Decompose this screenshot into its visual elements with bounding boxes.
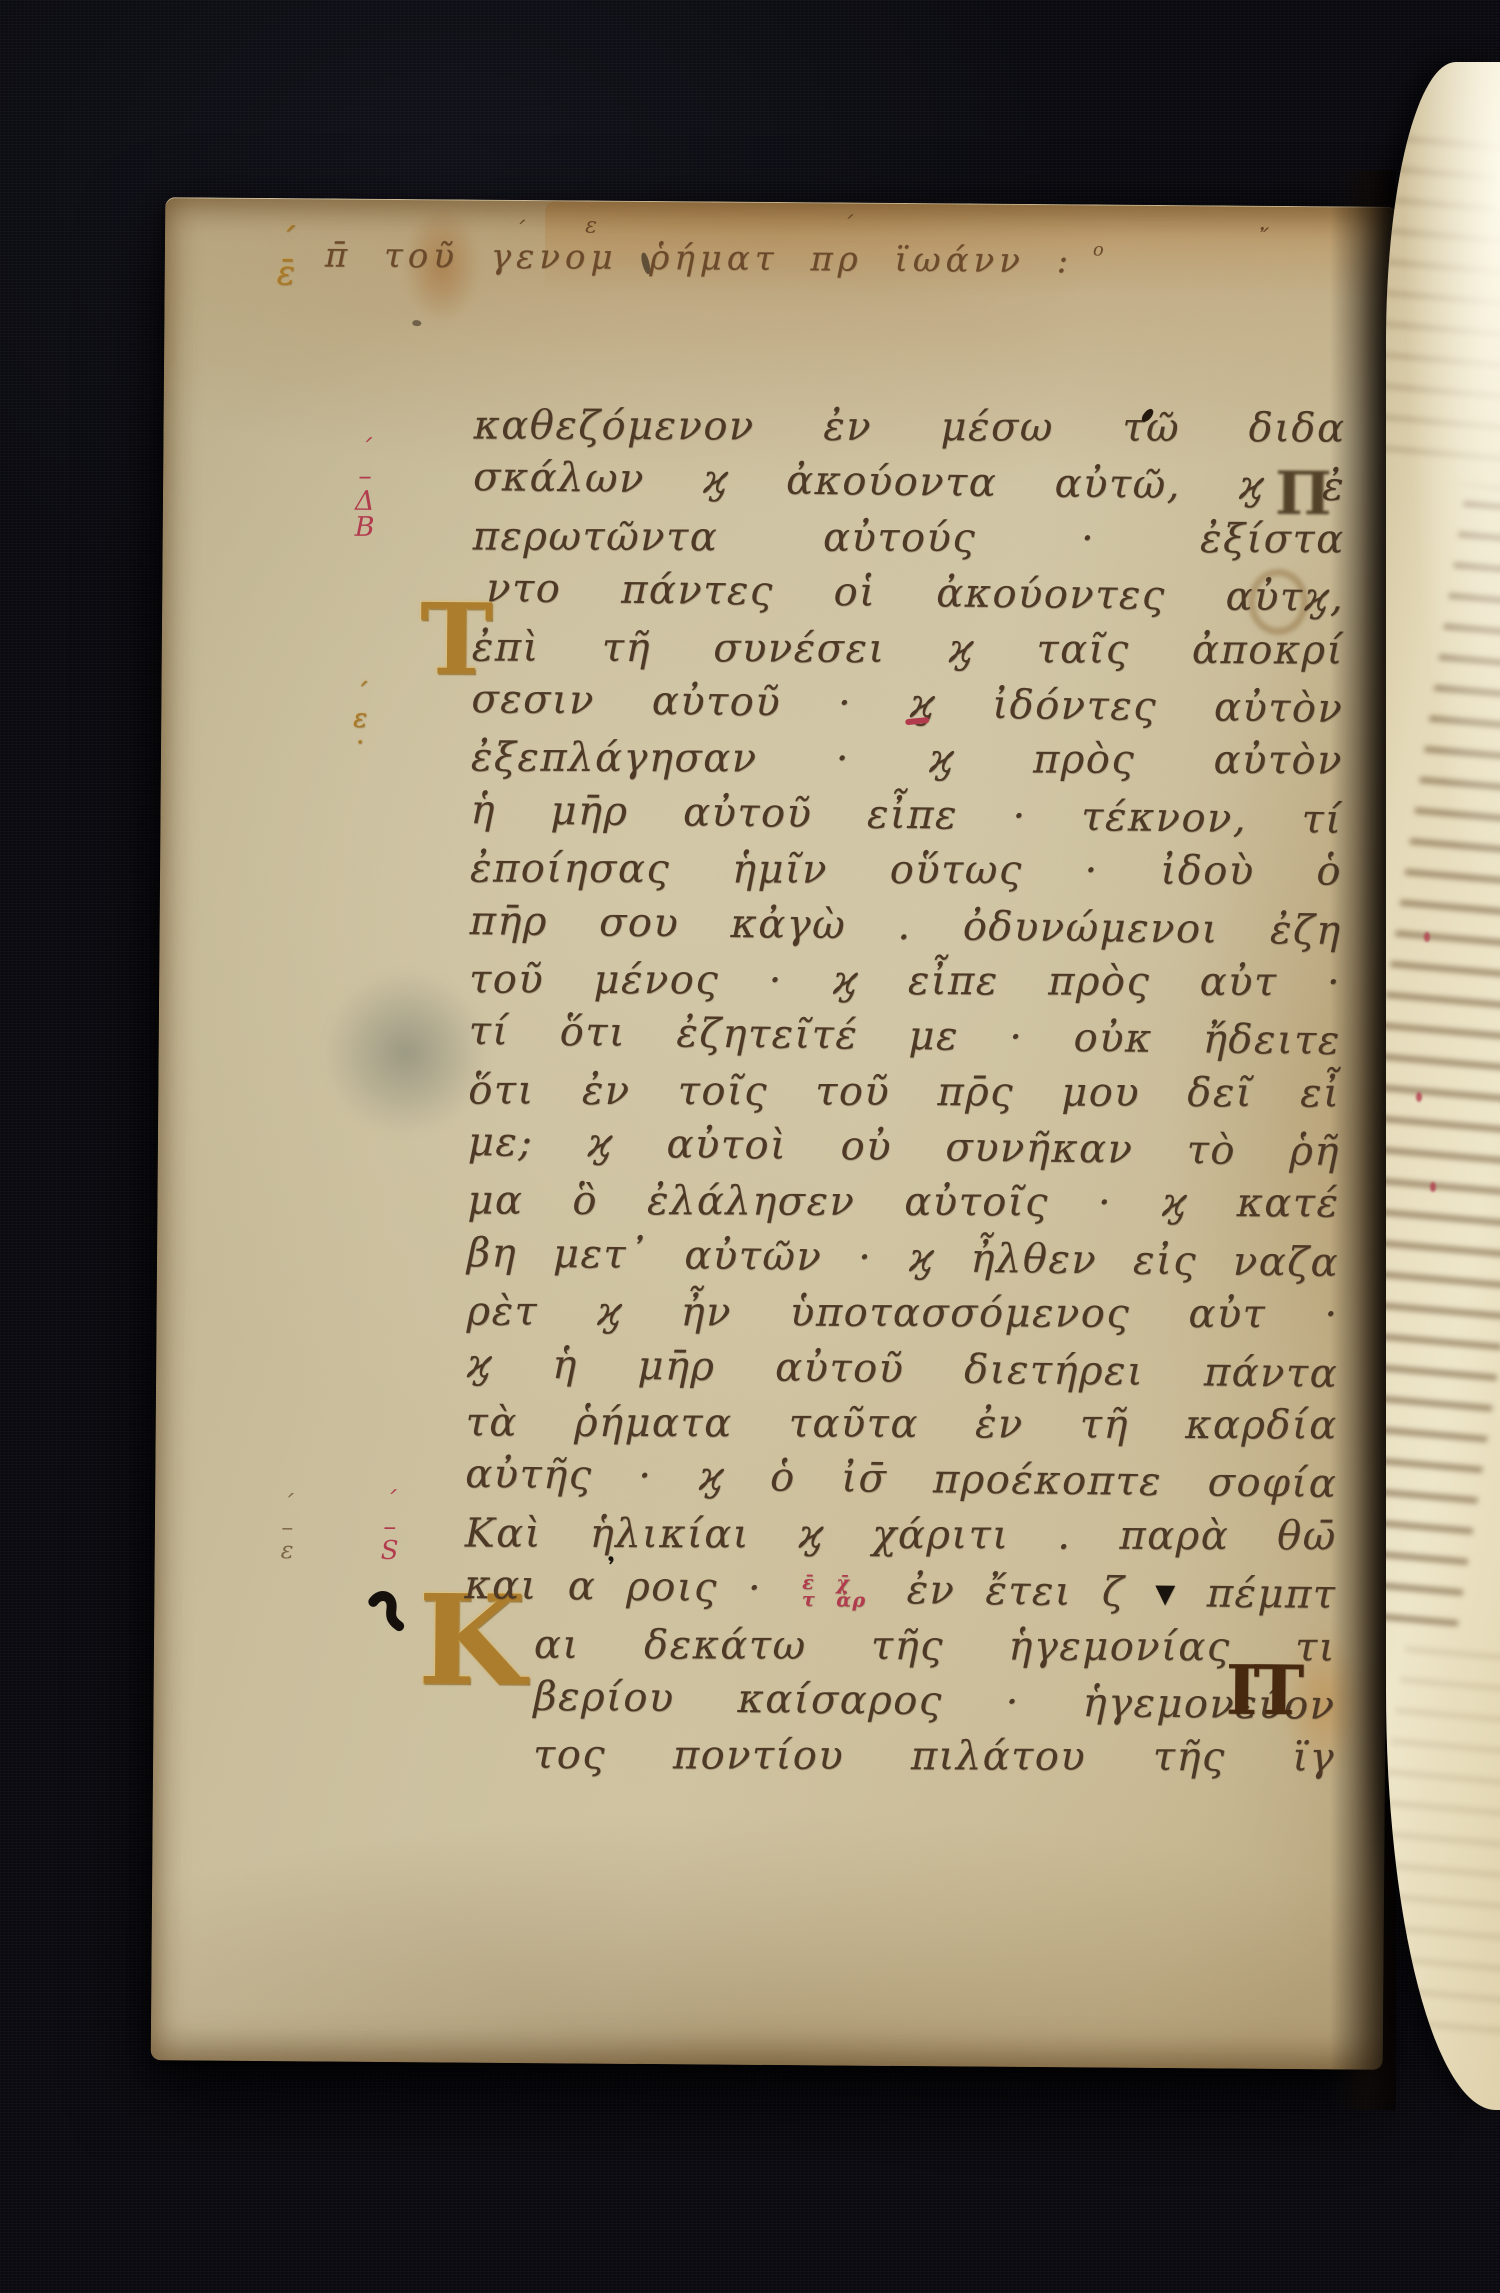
text-line: ὅτι ἐν τοῖς τοῦ πρ̄ς μου δεῖ εἶ	[468, 1063, 1340, 1121]
red-rubric-abbreviation: ε̄ τ	[802, 1575, 817, 1609]
text-line: καθεζόμενον ἐν μέσω τῶ διδα	[473, 399, 1345, 457]
text-line: περωτῶντα αὐτούς · ἐξίστα	[473, 509, 1345, 567]
header-diacritic: ε	[585, 213, 597, 238]
text-segment: αὐτῆς · ϗ ὁ ἰσ̄ προέκοπτε σοφία	[465, 1451, 1337, 1507]
text-segment: ἐξεπλάγησαν · ϗ πρὸς αὐτὸν	[471, 735, 1343, 784]
text-line: ἐποίησας ἡμῖν οὕτως · ἰδοὺ ὁ	[470, 842, 1342, 900]
pi-shaped-ink-blot: Π	[1275, 459, 1332, 529]
text-line: πη̄ρ σου κἀγὼ . ὀδυνώμενοι ἐζη	[469, 894, 1342, 959]
text-line: τος ποντίου πιλάτου τῆς ϊγ	[533, 1728, 1335, 1786]
header-diacritic: ο	[1093, 239, 1104, 260]
text-line: ἡ μη̄ρ αὐτοῦ εἶπε · τέκνον, τί	[470, 783, 1343, 848]
page-header-title: π̄ τοῦ γενομ ῥήματ πρ ϊωάνν :	[325, 235, 1405, 283]
header-diacritic: ῎	[1257, 225, 1269, 253]
text-line: με; ϗ αὐτοὶ οὐ συνῆκαν τὸ ῥῆ	[468, 1115, 1341, 1180]
red-delta-beta-quire-mark: ΄–ΔΒ	[355, 438, 376, 541]
text-segment: τος ποντίου πιλάτου τῆς ϊγ	[533, 1732, 1335, 1781]
header-diacritic: ΄	[841, 211, 853, 239]
brown-epsilon-margin-mark: ΄–ε	[281, 1493, 294, 1561]
text-line: τοῦ μένος · ϗ εἶπε πρὸς αὐτ ·	[469, 952, 1341, 1010]
text-line: ἐξεπλάγησαν · ϗ πρὸς αὐτὸν	[471, 731, 1343, 789]
text-segment: τὰ ῥήματα ταῦτα ἐν τῆ καρδία	[466, 1400, 1338, 1449]
header-diacritic: ΄	[513, 217, 525, 245]
text-segment: βη μετ᾽ αὐτῶν · ϗ ἦλθεν εἰς ναζα	[467, 1230, 1339, 1286]
text-line: ἐπὶ τῆ συνέσει ϗ ταῖς ἀποκρί	[472, 620, 1344, 678]
text-segment: με; ϗ αὐτοὶ οὐ συνῆκαν τὸ ῥῆ	[468, 1119, 1340, 1175]
text-segment: βερίου καίσαρος · ἡγεμονεύον	[533, 1674, 1335, 1729]
dark-tau-mark: ΙΤ	[1225, 1651, 1300, 1732]
text-line: ντο πάντες οἱ ἀκούοντες αὐτϗ,	[486, 561, 1345, 626]
text-segment: ἐν ἔτει ζ	[876, 1567, 1125, 1616]
text-line: σκάλων ϗ ἀκούοντα αὐτῶ, ϗ ἐ	[473, 450, 1346, 515]
text-segment: Καὶ ἡλικίαι ϗ χάριτι . παρὰ θω̄	[465, 1510, 1337, 1559]
text-segment: πη̄ρ σου κἀγὼ . ὀδυνώμενοι ἐζη	[469, 898, 1341, 954]
manuscript-page: π̄ τοῦ γενομ ῥήματ πρ ϊωάνν : ΄ε΄ο῎ ΄ε̄΄…	[151, 197, 1398, 2070]
text-segment: ἐπὶ τῆ συνέσει ϗ ταῖς ἀποκρί	[472, 624, 1344, 673]
text-segment: και α ροις ·	[464, 1562, 792, 1612]
text-segment: ἡ μη̄ρ αὐτοῦ εἶπε · τέκνον, τί	[470, 787, 1342, 843]
black-pen-mark	[368, 1590, 412, 1642]
text-line: σεσιν αὐτοῦ · ϗ ἰδόντες αὐτὸν	[471, 672, 1344, 737]
text-segment: ὅτι ἐν τοῖς τοῦ πρ̄ς μου δεῖ εἶ	[468, 1067, 1340, 1116]
text-line: τὰ ῥήματα ταῦτα ἐν τῆ καρδία	[466, 1396, 1338, 1454]
dirt-speck	[412, 320, 421, 326]
text-line: βερίου καίσαρος · ἡγεμονεύον	[533, 1670, 1336, 1734]
text-segment: καθεζόμενον ἐν μέσω τῶ διδα	[473, 403, 1345, 452]
text-line: αὐτῆς · ϗ ὁ ἰσ̄ προέκοπτε σοφία	[465, 1447, 1338, 1512]
text-segment: ρὲτ ϗ ἦν ὑποτασσόμενος αὐτ ·	[467, 1289, 1339, 1338]
text-segment: περωτῶντα αὐτούς · ἐξίστα	[473, 513, 1345, 562]
red-stigma-margin-mark: ΄–S	[381, 1490, 399, 1564]
facing-leaf-fore-edge	[1386, 62, 1500, 2110]
gold-epsilon-margin-mark-2: ΄ε·	[353, 682, 368, 756]
text-line: αι δεκάτω τῆς ἡγεμονίας τι	[534, 1617, 1336, 1675]
text-line: ϗ ἡ μη̄ρ αὐτοῦ διετήρει πάντα	[466, 1337, 1339, 1402]
text-line: τί ὅτι ἐζητεῖτέ με · οὐκ ἤδειτε	[468, 1004, 1341, 1069]
text-segment: αι δεκάτω τῆς ἡγεμονίας τι	[534, 1621, 1336, 1670]
text-segment: ντο πάντες οἱ ἀκούοντες αὐτϗ,	[486, 565, 1344, 621]
photo-background: π̄ τοῦ γενομ ῥήματ πρ ϊωάνν : ΄ε΄ο῎ ΄ε̄΄…	[0, 0, 1500, 2293]
text-segment: ϗ ἡ μη̄ρ αὐτοῦ διετήρει πάντα	[466, 1341, 1338, 1397]
text-segment: τοῦ μένος · ϗ εἶπε πρὸς αὐτ ·	[469, 956, 1341, 1005]
gold-epsilon-margin-mark: ΄ε̄	[277, 225, 296, 290]
text-segment: ἐποίησας ἡμῖν οὕτως · ἰδοὺ ὁ	[470, 846, 1342, 895]
text-segment: ▾	[1125, 1570, 1177, 1617]
black-comma-mark: ᾽	[602, 1554, 619, 1594]
text-line: βη μετ᾽ αὐτῶν · ϗ ἦλθεν εἰς ναζα	[467, 1226, 1340, 1291]
text-segment: σκάλων ϗ ἀκούοντα αὐτῶ, ϗ ἐ	[473, 454, 1345, 510]
red-rubric-abbreviation: χ̄ ἀρ	[836, 1575, 867, 1610]
main-text-block: καθεζόμενον ἐν μέσω τῶ διδασκάλων ϗ ἀκού…	[463, 397, 1346, 1789]
text-line: ρὲτ ϗ ἦν ὑποτασσόμενος αὐτ ·	[466, 1285, 1338, 1343]
text-line: Καὶ ἡλικίαι ϗ χάριτι . παρὰ θω̄	[465, 1506, 1337, 1564]
text-segment: πέμπτ	[1177, 1570, 1337, 1618]
text-line: και α ροις · ε̄ τχ̄ ἀρ ἐν ἔτει ζ ▾ πέμπτ	[464, 1558, 1337, 1623]
text-segment: τί ὅτι ἐζητεῖτέ με · οὐκ ἤδειτε	[469, 1008, 1341, 1064]
text-line: μα ὃ ἐλάλησεν αὐτοῖς · ϗ κατέ	[467, 1174, 1339, 1232]
gray-stain-left	[323, 969, 489, 1135]
text-segment: μα ὃ ἐλάλησεν αὐτοῖς · ϗ κατέ	[467, 1178, 1339, 1227]
bright-highlight	[1386, 62, 1500, 2110]
